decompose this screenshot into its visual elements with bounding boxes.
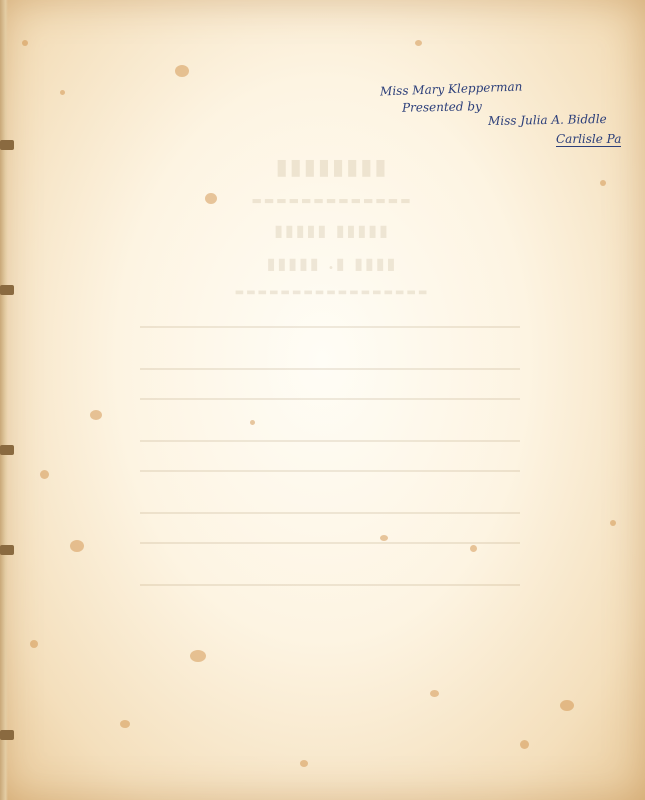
music-staff [140, 398, 520, 442]
binding-stitch [0, 730, 14, 740]
binding-stitch [0, 545, 14, 555]
music-staff [140, 326, 520, 370]
binding-edge [0, 0, 8, 800]
location: Carlisle Pa [556, 132, 621, 147]
music-staff [140, 470, 520, 514]
music-staff [140, 542, 520, 586]
show-through-print: ▮▮▮▮▮▮▮▮ ▬▬▬▬▬▬▬▬▬▬▬▬▬ ▮▮▮▮▮ ▮▮▮▮▮ ▮▮▮▮ … [130, 140, 530, 700]
binding-stitch [0, 140, 14, 150]
document-page: ▮▮▮▮▮▮▮▮ ▬▬▬▬▬▬▬▬▬▬▬▬▬ ▮▮▮▮▮ ▮▮▮▮▮ ▮▮▮▮ … [0, 0, 645, 800]
presented-by-label: Presented by [402, 99, 482, 114]
giver-name: Miss Julia A. Biddle [488, 112, 607, 128]
binding-stitch [0, 445, 14, 455]
binding-stitch [0, 285, 14, 295]
recipient-name: Miss Mary Klepperman [380, 80, 523, 99]
handwritten-inscription: Miss Mary Klepperman Presented by Miss J… [378, 80, 643, 155]
